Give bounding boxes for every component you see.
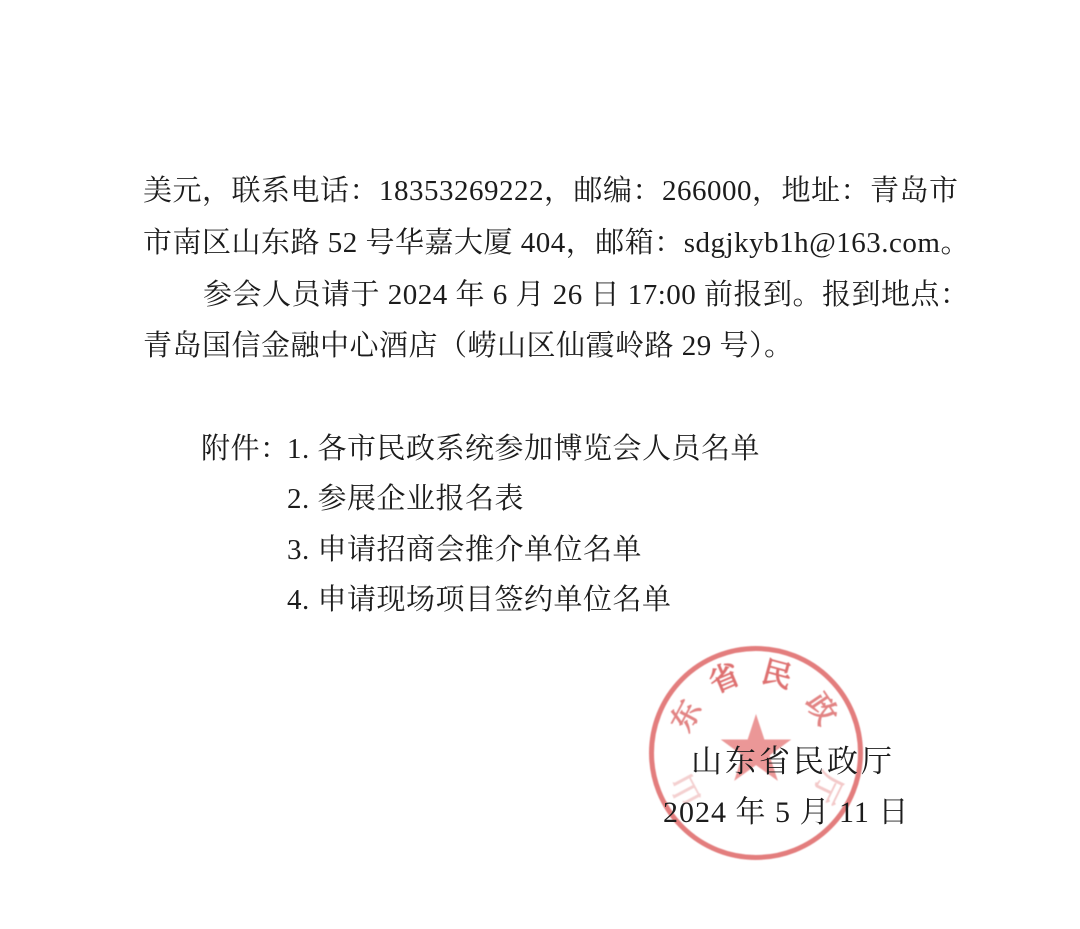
body-line-contact: 美元，联系电话：18353269222，邮编：266000，地址：青岛市 — [143, 173, 959, 209]
body-line-checkin-time: 参会人员请于 2024 年 6 月 26 日 17:00 前报到。报到地点： — [203, 277, 970, 313]
signature-organization: 山东省民政厅 — [691, 736, 895, 781]
seal-ring-char: 东 — [667, 696, 708, 737]
seal-ring-char: 省 — [705, 660, 744, 699]
attachments-label: 附件： — [201, 431, 290, 467]
seal-ring-char: 民 — [758, 657, 795, 694]
seal-ring-char: 政 — [800, 689, 842, 731]
document-page: 美元，联系电话：18353269222，邮编：266000，地址：青岛市 市南区… — [0, 0, 1080, 929]
signature-date: 2024 年 5 月 11 日 — [663, 787, 909, 831]
attachment-item-4: 4. 申请现场项目签约单位名单 — [287, 582, 672, 618]
attachment-item-2: 2. 参展企业报名表 — [287, 481, 524, 517]
attachment-item-1: 1. 各市民政系统参加博览会人员名单 — [287, 431, 760, 467]
attachment-item-3: 3. 申请招商会推介单位名单 — [287, 532, 642, 568]
body-line-address-email: 市南区山东路 52 号华嘉大厦 404，邮箱：sdgjkyb1h@163.com… — [143, 225, 970, 261]
body-line-checkin-location: 青岛国信金融中心酒店（崂山区仙霞岭路 29 号）。 — [143, 328, 794, 364]
